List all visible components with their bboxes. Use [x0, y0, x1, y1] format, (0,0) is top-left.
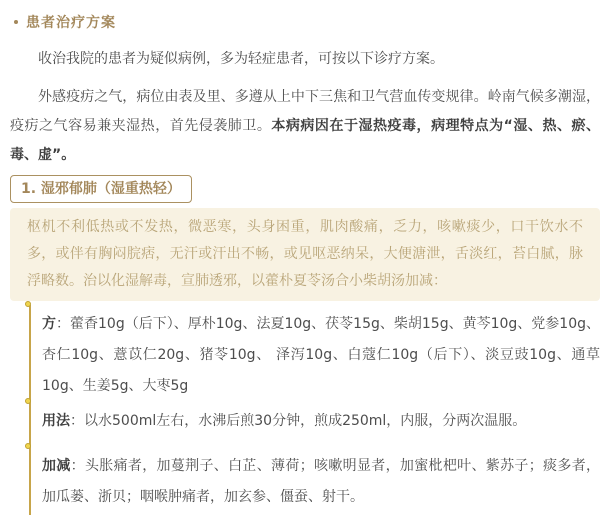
prescription-item-label: 方: [42, 316, 56, 332]
prescription-item-usage: 用法：以水500ml左右，水沸后煎30分钟，煎成250ml，内服，分两次温服。: [42, 406, 600, 437]
timeline-dot-icon: [25, 398, 31, 404]
timeline-dot-icon: [25, 301, 31, 307]
section-1-heading: 1. 湿邪郁肺（湿重热轻）: [10, 175, 192, 203]
prescription-item-text: ：以水500ml左右，水沸后煎30分钟，煎成250ml，内服，分两次温服。: [70, 413, 526, 429]
document-title: 患者治疗方案: [26, 12, 116, 32]
treatment-plan-document: 患者治疗方案 收治我院的患者为疑似病例，多为轻症患者，可按以下诊疗方案。 外感疫…: [0, 0, 610, 523]
prescription-item-label: 用法: [42, 413, 70, 429]
title-bullet-icon: [14, 20, 18, 24]
symptom-description-box: 枢机不利低热或不发热，微恶寒，头身困重，肌肉酸痛，乏力，咳嗽痰少，口干饮水不多，…: [10, 208, 600, 301]
timeline-line: [29, 305, 31, 515]
intro-paragraph-2: 外感疫疠之气，病位由表及里、多遵从上中下三焦和卫气营血传变规律。岭南气候多潮湿，…: [10, 83, 600, 170]
prescription-item-formula: 方：藿香10g（后下）、厚朴10g、法夏10g、茯苓15g、柴胡15g、黄芩10…: [42, 309, 600, 402]
prescription-item-modification: 加减：头胀痛者，加蔓荆子、白芷、薄荷；咳嗽明显者，加蜜枇杷叶、紫苏子；痰多者，加…: [42, 451, 600, 513]
prescription-timeline: 方：藿香10g（后下）、厚朴10g、法夏10g、茯苓15g、柴胡15g、黄芩10…: [10, 309, 600, 515]
prescription-item-text: ：头胀痛者，加蔓荆子、白芷、薄荷；咳嗽明显者，加蜜枇杷叶、紫苏子；痰多者，加瓜蒌…: [42, 458, 600, 505]
timeline-dot-icon: [25, 443, 31, 449]
prescription-item-label: 加减: [42, 458, 71, 474]
document-title-row: 患者治疗方案: [14, 12, 600, 32]
intro-paragraph-1: 收治我院的患者为疑似病例，多为轻症患者，可按以下诊疗方案。: [10, 45, 600, 74]
prescription-item-text: ：藿香10g（后下）、厚朴10g、法夏10g、茯苓15g、柴胡15g、黄芩10g…: [42, 316, 600, 394]
section-heading-row: 1. 湿邪郁肺（湿重热轻）: [10, 175, 600, 203]
